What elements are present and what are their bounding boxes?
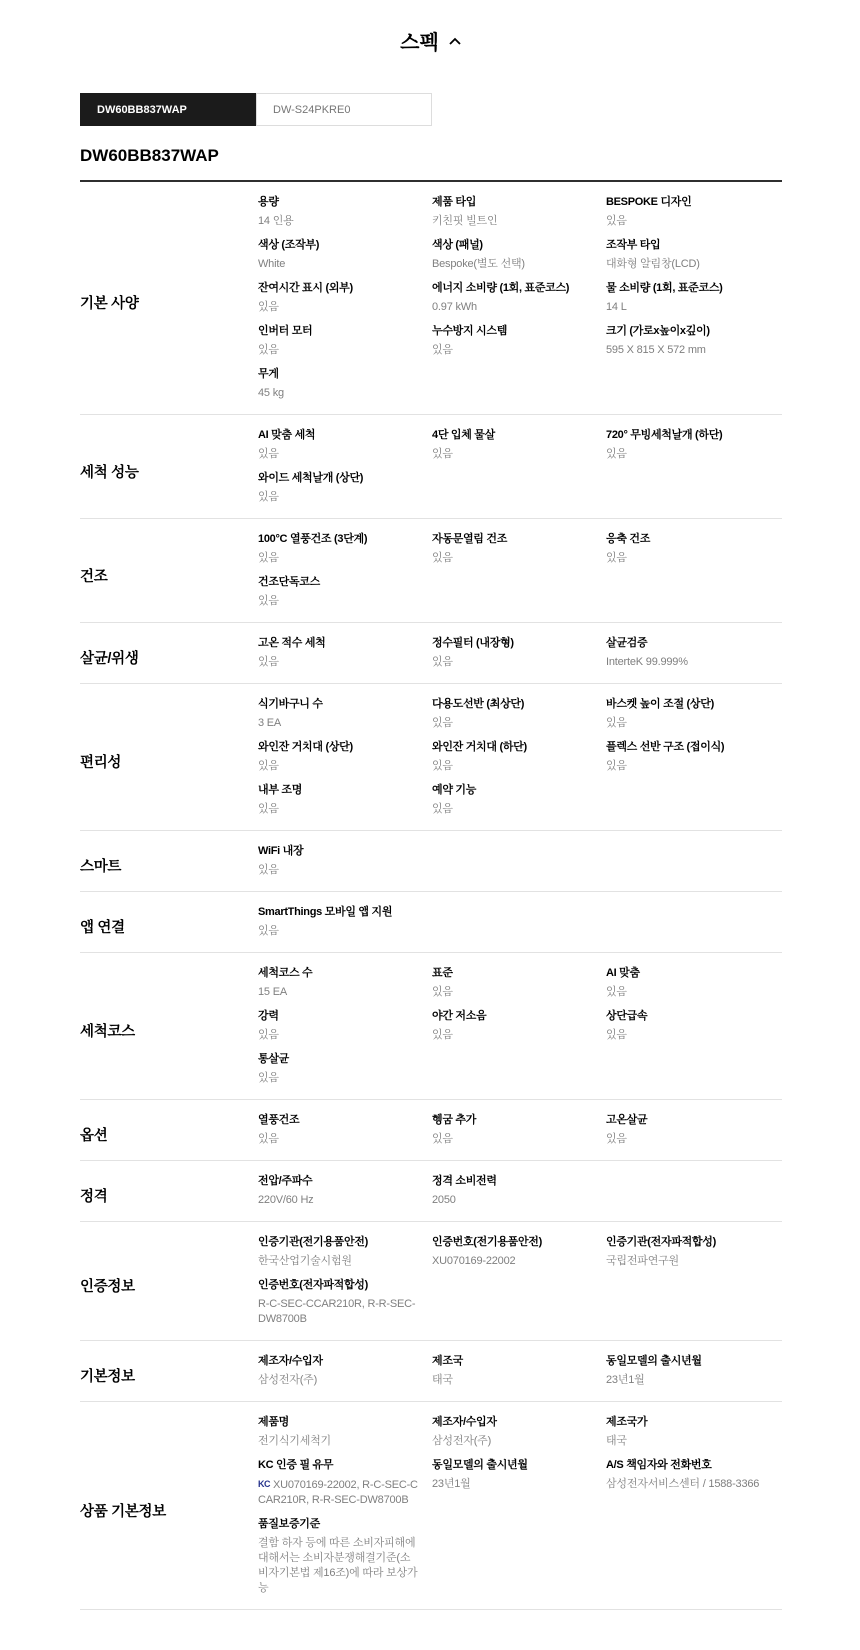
spec-row: 강력있음야간 저소음있음상단급속있음 [258, 1009, 782, 1052]
spec-item-value-text: 23년1월 [606, 1374, 645, 1386]
spec-category-label: 옵션 [80, 1124, 258, 1145]
spec-item-label: A/S 책임자와 전화번호 [606, 1458, 766, 1472]
spec-item-label: 에너지 소비량 (1회, 표준코스) [432, 281, 592, 295]
spec-item-value: 있음 [258, 594, 418, 609]
spec-row: 인증기관(전기용품안전)한국산업기술시험원인증번호(전기용품안전)XU07016… [258, 1235, 782, 1278]
spec-item-value: KCXU070169-22002, R-C-SEC-CCAR210R, R-R-… [258, 1477, 418, 1508]
spec-item-value: 있음 [606, 1028, 766, 1043]
spec-item-value-text: 있음 [258, 864, 279, 876]
spec-rows: 고온 적수 세척있음정수필터 (내장형)있음살균검증InterteK 99.99… [258, 636, 782, 679]
spec-item-value-text: 있음 [258, 925, 279, 937]
spec-item-label: 응축 건조 [606, 532, 766, 546]
spec-item: SmartThings 모바일 앱 지원있음 [258, 905, 432, 939]
spec-item-value: XU070169-22002 [432, 1254, 592, 1269]
spec-item-value-text: 있음 [258, 803, 279, 815]
spec-item-value-text: 0.97 kWh [432, 301, 477, 313]
spec-item-value-text: 있음 [432, 1133, 453, 1145]
spec-item-value-text: 삼성전자서비스센터 / 1588-3366 [606, 1478, 759, 1490]
spec-row: 내부 조명있음예약 기능있음 [258, 783, 782, 826]
spec-rows: 열풍건조있음헹굼 추가있음고온살균있음 [258, 1113, 782, 1156]
spec-item: 색상 (패널)Bespoke(별도 선택) [432, 238, 606, 272]
spec-section: 편리성식기바구니 수3 EA다용도선반 (최상단)있음바스켓 높이 조절 (상단… [80, 684, 782, 831]
tab-model-dw60bb837wap[interactable]: DW60BB837WAP [80, 93, 256, 126]
spec-item: 플렉스 선반 구조 (접이식)있음 [606, 740, 780, 774]
spec-item-value-text: 14 인용 [258, 215, 294, 227]
spec-item: 제품명전기식기세척기 [258, 1415, 432, 1449]
spec-category-label: 인증정보 [80, 1275, 258, 1296]
spec-item-label: 품질보증기준 [258, 1517, 418, 1531]
spec-item: 정격 소비전력2050 [432, 1174, 606, 1208]
spec-item-value-text: 있음 [432, 717, 453, 729]
spec-item-label: 식기바구니 수 [258, 697, 418, 711]
spec-item: 표준있음 [432, 966, 606, 1000]
spec-item: 열풍건조있음 [258, 1113, 432, 1147]
spec-item-value-text: 있음 [432, 760, 453, 772]
spec-item: 물 소비량 (1회, 표준코스)14 L [606, 281, 780, 315]
spec-rows: SmartThings 모바일 앱 지원있음 [258, 905, 782, 948]
spec-item-value-text: 23년1월 [432, 1478, 471, 1490]
spec-item-value: 국립전파연구원 [606, 1254, 766, 1269]
spec-item: 야간 저소음있음 [432, 1009, 606, 1043]
spec-item-value: 있음 [606, 447, 766, 462]
spec-item-label: AI 맞춤 [606, 966, 766, 980]
spec-item: 동일모델의 출시년월23년1월 [432, 1458, 606, 1508]
spec-item: 인버터 모터있음 [258, 324, 432, 358]
spec-item-value-text: 삼성전자(주) [258, 1374, 317, 1386]
spec-item-value: 있음 [432, 1132, 592, 1147]
spec-item-value: 태국 [432, 1373, 592, 1388]
spec-item-value-text: 있음 [258, 656, 279, 668]
spec-item-label: 전압/주파수 [258, 1174, 418, 1188]
spec-item-value: 있음 [432, 716, 592, 731]
spec-item-value: 있음 [606, 985, 766, 1000]
spec-item-label: 인증기관(전자파적합성) [606, 1235, 766, 1249]
spec-item: 인증번호(전자파적합성)R-C-SEC-CCAR210R, R-R-SEC-DW… [258, 1278, 432, 1327]
spec-item-value: 있음 [258, 655, 418, 670]
spec-item-label: 정수필터 (내장형) [432, 636, 592, 650]
spec-item: 동일모델의 출시년월23년1월 [606, 1354, 780, 1388]
spec-rows: 식기바구니 수3 EA다용도선반 (최상단)있음바스켓 높이 조절 (상단)있음… [258, 697, 782, 826]
spec-item-value: 있음 [432, 551, 592, 566]
spec-item-value: 있음 [606, 1132, 766, 1147]
spec-item-value-text: 있음 [432, 344, 453, 356]
spec-item-value-text: 있음 [606, 1029, 627, 1041]
spec-section: 기본정보제조자/수입자삼성전자(주)제조국태국동일모델의 출시년월23년1월 [80, 1341, 782, 1402]
spec-item-label: 상단급속 [606, 1009, 766, 1023]
spec-item: 고온 적수 세척있음 [258, 636, 432, 670]
spec-row: 와인잔 거치대 (상단)있음와인잔 거치대 (하단)있음플렉스 선반 구조 (접… [258, 740, 782, 783]
spec-row: 식기바구니 수3 EA다용도선반 (최상단)있음바스켓 높이 조절 (상단)있음 [258, 697, 782, 740]
spec-item-value: 0.97 kWh [432, 300, 592, 315]
spec-item-label: 인증번호(전자파적합성) [258, 1278, 418, 1292]
spec-item: 무게45 kg [258, 367, 432, 401]
spec-category-label: 정격 [80, 1185, 258, 1206]
spec-row: 용량14 인용제품 타입키친핏 빌트인BESPOKE 디자인있음 [258, 195, 782, 238]
spec-rows: 인증기관(전기용품안전)한국산업기술시험원인증번호(전기용품안전)XU07016… [258, 1235, 782, 1336]
spec-row: SmartThings 모바일 앱 지원있음 [258, 905, 782, 948]
spec-item-value: 있음 [258, 924, 418, 939]
spec-item-value-text: 있음 [258, 344, 279, 356]
spec-item: BESPOKE 디자인있음 [606, 195, 780, 229]
spec-item: 제품 타입키친핏 빌트인 [432, 195, 606, 229]
spec-item-value-text: 14 L [606, 301, 627, 313]
spec-item-label: 제품 타입 [432, 195, 592, 209]
spec-item-label: 건조단독코스 [258, 575, 418, 589]
spec-item-value-text: 태국 [432, 1374, 453, 1386]
spec-row: 건조단독코스있음 [258, 575, 782, 618]
tab-model-dw-s24pkre0[interactable]: DW-S24PKRE0 [256, 93, 432, 126]
spec-item-label: 무게 [258, 367, 418, 381]
spec-row: WiFi 내장있음 [258, 844, 782, 887]
spec-rows: WiFi 내장있음 [258, 844, 782, 887]
spec-item: 품질보증기준결함 하자 등에 따른 소비자피해에 대해서는 소비자분쟁해결기준(… [258, 1517, 432, 1596]
spec-rows: 전압/주파수220V/60 Hz정격 소비전력2050 [258, 1174, 782, 1217]
spec-item-label: 동일모델의 출시년월 [606, 1354, 766, 1368]
spec-item-label: 인증기관(전기용품안전) [258, 1235, 418, 1249]
spec-item-value-text: 전기식기세척기 [258, 1435, 331, 1447]
spec-section: 옵션열풍건조있음헹굼 추가있음고온살균있음 [80, 1100, 782, 1161]
spec-item-value: 있음 [258, 551, 418, 566]
spec-item-value: 14 L [606, 300, 766, 315]
spec-item-value-text: 45 kg [258, 387, 284, 399]
spec-row: 세척코스 수15 EA표준있음AI 맞춤있음 [258, 966, 782, 1009]
spec-item-label: 동일모델의 출시년월 [432, 1458, 592, 1472]
spec-item-value-text: 한국산업기술시험원 [258, 1255, 352, 1267]
spec-item-value-text: 15 EA [258, 986, 287, 998]
model-tabs: DW60BB837WAP DW-S24PKRE0 [80, 93, 782, 126]
spec-item-value-text: 결함 하자 등에 따른 소비자피해에 대해서는 소비자분쟁해결기준(소비자기본법… [258, 1537, 417, 1594]
spec-item: 세척코스 수15 EA [258, 966, 432, 1000]
spec-item: 720° 무빙세척날개 (하단)있음 [606, 428, 780, 462]
spec-item-label: 누수방지 시스템 [432, 324, 592, 338]
spec-rows: 100°C 열풍건조 (3단계)있음자동문열림 건조있음응축 건조있음건조단독코… [258, 532, 782, 618]
spec-rows: 제조자/수입자삼성전자(주)제조국태국동일모델의 출시년월23년1월 [258, 1354, 782, 1397]
spec-item-label: 정격 소비전력 [432, 1174, 592, 1188]
spec-item-label: 통살균 [258, 1052, 418, 1066]
spec-item-label: 와인잔 거치대 (상단) [258, 740, 418, 754]
spec-item-value-text: 있음 [258, 595, 279, 607]
spec-item: 인증번호(전기용품안전)XU070169-22002 [432, 1235, 606, 1269]
spec-item-value: 있음 [606, 716, 766, 731]
spec-item-label: AI 맞춤 세척 [258, 428, 418, 442]
spec-category-label: 앱 연결 [80, 916, 258, 937]
spec-item-value: 삼성전자(주) [432, 1434, 592, 1449]
spec-rows: 용량14 인용제품 타입키친핏 빌트인BESPOKE 디자인있음색상 (조작부)… [258, 195, 782, 410]
spec-section: 건조100°C 열풍건조 (3단계)있음자동문열림 건조있음응축 건조있음건조단… [80, 519, 782, 623]
spec-item: AI 맞춤 세척있음 [258, 428, 432, 462]
spec-item-value-text: 있음 [432, 986, 453, 998]
spec-item-value: 있음 [432, 759, 592, 774]
spec-item-value: 있음 [432, 343, 592, 358]
spec-item: 식기바구니 수3 EA [258, 697, 432, 731]
spec-item-value: 있음 [606, 759, 766, 774]
spec-row: 무게45 kg [258, 367, 782, 410]
spec-category-label: 기본정보 [80, 1365, 258, 1386]
spec-row: 제조자/수입자삼성전자(주)제조국태국동일모델의 출시년월23년1월 [258, 1354, 782, 1397]
spec-item-value: 595 X 815 X 572 mm [606, 343, 766, 358]
spec-section: 인증정보인증기관(전기용품안전)한국산업기술시험원인증번호(전기용품안전)XU0… [80, 1222, 782, 1341]
spec-item-label: 예약 기능 [432, 783, 592, 797]
spec-item-label: 살균검증 [606, 636, 766, 650]
spec-item-value-text: 대화형 알림창(LCD) [606, 258, 700, 270]
spec-item: 상단급속있음 [606, 1009, 780, 1043]
spec-row: KC 인증 필 유무KCXU070169-22002, R-C-SEC-CCAR… [258, 1458, 782, 1517]
spec-item-label: SmartThings 모바일 앱 지원 [258, 905, 418, 919]
spec-category-label: 살균/위생 [80, 647, 258, 668]
spec-item: WiFi 내장있음 [258, 844, 432, 878]
spec-item-value-text: 있음 [432, 803, 453, 815]
spec-item-value-text: 있음 [606, 215, 627, 227]
spec-item-value-text: 있음 [606, 1133, 627, 1145]
spec-item-value-text: 있음 [606, 760, 627, 772]
spec-category-label: 기본 사양 [80, 292, 258, 313]
spec-item-value: 있음 [606, 551, 766, 566]
spec-item-value: 한국산업기술시험원 [258, 1254, 418, 1269]
spec-item-value: White [258, 257, 418, 272]
spec-item: 제조자/수입자삼성전자(주) [432, 1415, 606, 1449]
spec-item-value: 결함 하자 등에 따른 소비자피해에 대해서는 소비자분쟁해결기준(소비자기본법… [258, 1536, 418, 1596]
spec-section: 세척코스세척코스 수15 EA표준있음AI 맞춤있음강력있음야간 저소음있음상단… [80, 953, 782, 1100]
spec-item-value: R-C-SEC-CCAR210R, R-R-SEC-DW8700B [258, 1297, 418, 1327]
kc-certification-icon: KC [258, 1479, 270, 1489]
spec-item-value-text: 2050 [432, 1194, 456, 1206]
spec-item-value-text: XU070169-22002, R-C-SEC-CCAR210R, R-R-SE… [258, 1479, 418, 1506]
spec-item-label: 강력 [258, 1009, 418, 1023]
spec-item-value-text: 삼성전자(주) [432, 1435, 491, 1447]
spec-item-value-text: 있음 [258, 760, 279, 772]
spec-item-value-text: 태국 [606, 1435, 627, 1447]
spec-item-value: 23년1월 [432, 1477, 592, 1492]
spec-item-label: 4단 입체 물살 [432, 428, 592, 442]
spec-item: 제조국태국 [432, 1354, 606, 1388]
spec-item: 응축 건조있음 [606, 532, 780, 566]
spec-item-label: 열풍건조 [258, 1113, 418, 1127]
spec-item: 살균검증InterteK 99.999% [606, 636, 780, 670]
spec-item-label: 고온 적수 세척 [258, 636, 418, 650]
spec-item: 와인잔 거치대 (상단)있음 [258, 740, 432, 774]
spec-item: 인증기관(전기용품안전)한국산업기술시험원 [258, 1235, 432, 1269]
spec-item-value: Bespoke(별도 선택) [432, 257, 592, 272]
spec-item-label: 제조국 [432, 1354, 592, 1368]
spec-item-label: 와이드 세척날개 (상단) [258, 471, 418, 485]
spec-item: 다용도선반 (최상단)있음 [432, 697, 606, 731]
model-heading: DW60BB837WAP [80, 146, 782, 166]
spec-item-value-text: 3 EA [258, 717, 281, 729]
spec-item-label: 색상 (패널) [432, 238, 592, 252]
spec-section: 살균/위생고온 적수 세척있음정수필터 (내장형)있음살균검증InterteK … [80, 623, 782, 684]
spec-item-label: 인버터 모터 [258, 324, 418, 338]
spec-item: 4단 입체 물살있음 [432, 428, 606, 462]
spec-row: 열풍건조있음헹굼 추가있음고온살균있음 [258, 1113, 782, 1156]
spec-row: 제품명전기식기세척기제조자/수입자삼성전자(주)제조국가태국 [258, 1415, 782, 1458]
spec-section: 세척 성능AI 맞춤 세척있음4단 입체 물살있음720° 무빙세척날개 (하단… [80, 415, 782, 519]
spec-item-label: 고온살균 [606, 1113, 766, 1127]
spec-item-label: 바스켓 높이 조절 (상단) [606, 697, 766, 711]
spec-row: 인버터 모터있음누수방지 시스템있음크기 (가로x높이x깊이)595 X 815… [258, 324, 782, 367]
spec-item-label: KC 인증 필 유무 [258, 1458, 418, 1472]
spec-item: A/S 책임자와 전화번호삼성전자서비스센터 / 1588-3366 [606, 1458, 780, 1508]
spec-item: 강력있음 [258, 1009, 432, 1043]
spec-item-value: 있음 [432, 1028, 592, 1043]
spec-row: 색상 (조작부)White색상 (패널)Bespoke(별도 선택)조작부 타입… [258, 238, 782, 281]
spec-item-value: 키친핏 빌트인 [432, 214, 592, 229]
spec-item-label: 잔여시간 표시 (외부) [258, 281, 418, 295]
spec-item-value-text: 있음 [432, 552, 453, 564]
spec-item-value-text: 있음 [606, 986, 627, 998]
spec-item-value-text: 국립전파연구원 [606, 1255, 679, 1267]
spec-row: 인증번호(전자파적합성)R-C-SEC-CCAR210R, R-R-SEC-DW… [258, 1278, 782, 1336]
spec-item-label: 플렉스 선반 구조 (접이식) [606, 740, 766, 754]
spec-item-value-text: 있음 [258, 301, 279, 313]
spec-item-label: 색상 (조작부) [258, 238, 418, 252]
spec-item-value-text: R-C-SEC-CCAR210R, R-R-SEC-DW8700B [258, 1298, 415, 1325]
spec-item-label: 제조자/수입자 [432, 1415, 592, 1429]
spec-section: 스마트WiFi 내장있음 [80, 831, 782, 892]
spec-row: 와이드 세척날개 (상단)있음 [258, 471, 782, 514]
spec-item: 내부 조명있음 [258, 783, 432, 817]
spec-item: 인증기관(전자파적합성)국립전파연구원 [606, 1235, 780, 1269]
spec-item: 에너지 소비량 (1회, 표준코스)0.97 kWh [432, 281, 606, 315]
spec-item-value: 23년1월 [606, 1373, 766, 1388]
spec-row: 고온 적수 세척있음정수필터 (내장형)있음살균검증InterteK 99.99… [258, 636, 782, 679]
spec-item: 잔여시간 표시 (외부)있음 [258, 281, 432, 315]
spec-item-label: 물 소비량 (1회, 표준코스) [606, 281, 766, 295]
spec-item-label: 야간 저소음 [432, 1009, 592, 1023]
spec-item-value: 14 인용 [258, 214, 418, 229]
spec-item-value: 있음 [258, 759, 418, 774]
spec-section: 정격전압/주파수220V/60 Hz정격 소비전력2050 [80, 1161, 782, 1222]
spec-item: 조작부 타입대화형 알림창(LCD) [606, 238, 780, 272]
spec-category-label: 상품 기본정보 [80, 1500, 258, 1521]
spec-item: 제조자/수입자삼성전자(주) [258, 1354, 432, 1388]
spec-item-value: 전기식기세척기 [258, 1434, 418, 1449]
spec-row: 품질보증기준결함 하자 등에 따른 소비자피해에 대해서는 소비자분쟁해결기준(… [258, 1517, 782, 1605]
spec-category-label: 편리성 [80, 751, 258, 772]
spec-item-label: WiFi 내장 [258, 844, 418, 858]
spec-item-value: 대화형 알림창(LCD) [606, 257, 766, 272]
spec-section: 앱 연결SmartThings 모바일 앱 지원있음 [80, 892, 782, 953]
spec-item-value-text: 있음 [258, 491, 279, 503]
spec-section: 기본 사양용량14 인용제품 타입키친핏 빌트인BESPOKE 디자인있음색상 … [80, 182, 782, 415]
spec-item: AI 맞춤있음 [606, 966, 780, 1000]
spec-item-value: 삼성전자(주) [258, 1373, 418, 1388]
spec-item-value: 있음 [258, 343, 418, 358]
spec-item: 예약 기능있음 [432, 783, 606, 817]
spec-item-value-text: 있음 [432, 1029, 453, 1041]
spec-item-value-text: 키친핏 빌트인 [432, 215, 497, 227]
spec-item-label: 제품명 [258, 1415, 418, 1429]
spec-category-label: 세척 성능 [80, 461, 258, 482]
spec-item-value: 45 kg [258, 386, 418, 401]
spec-item-value: 있음 [432, 802, 592, 817]
spec-item-value: 삼성전자서비스센터 / 1588-3366 [606, 1477, 766, 1492]
spec-item-value: 15 EA [258, 985, 418, 1000]
spec-item-value-text: 595 X 815 X 572 mm [606, 344, 706, 356]
spec-item: 전압/주파수220V/60 Hz [258, 1174, 432, 1208]
spec-item-value: 220V/60 Hz [258, 1193, 418, 1208]
spec-item-value-text: InterteK 99.999% [606, 656, 688, 668]
spec-rows: 세척코스 수15 EA표준있음AI 맞춤있음강력있음야간 저소음있음상단급속있음… [258, 966, 782, 1095]
chevron-up-icon [448, 29, 462, 52]
spec-item-value-text: 220V/60 Hz [258, 1194, 313, 1206]
spec-row: 잔여시간 표시 (외부)있음에너지 소비량 (1회, 표준코스)0.97 kWh… [258, 281, 782, 324]
spec-item-value: 있음 [258, 802, 418, 817]
spec-item: 자동문열림 건조있음 [432, 532, 606, 566]
spec-item-value-text: 있음 [258, 1133, 279, 1145]
spec-item-value: 있음 [258, 300, 418, 315]
spec-item-label: 조작부 타입 [606, 238, 766, 252]
spec-item: 통살균있음 [258, 1052, 432, 1086]
spec-item-label: 헹굼 추가 [432, 1113, 592, 1127]
spec-item: 색상 (조작부)White [258, 238, 432, 272]
spec-rows: 제품명전기식기세척기제조자/수입자삼성전자(주)제조국가태국KC 인증 필 유무… [258, 1415, 782, 1605]
spec-item-value: 있음 [606, 214, 766, 229]
spec-section: 상품 기본정보제품명전기식기세척기제조자/수입자삼성전자(주)제조국가태국KC … [80, 1402, 782, 1610]
spec-item-value-text: XU070169-22002 [432, 1255, 515, 1267]
spec-item-value: 있음 [258, 1071, 418, 1086]
spec-item-value-text: 있음 [606, 717, 627, 729]
spec-rows: AI 맞춤 세척있음4단 입체 물살있음720° 무빙세척날개 (하단)있음와이… [258, 428, 782, 514]
spec-item-value-text: 있음 [258, 448, 279, 460]
spec-item-label: 와인잔 거치대 (하단) [432, 740, 592, 754]
spec-item: 100°C 열풍건조 (3단계)있음 [258, 532, 432, 566]
spec-item-label: 세척코스 수 [258, 966, 418, 980]
spec-item: 와이드 세척날개 (상단)있음 [258, 471, 432, 505]
spec-item-label: 내부 조명 [258, 783, 418, 797]
spec-item: KC 인증 필 유무KCXU070169-22002, R-C-SEC-CCAR… [258, 1458, 432, 1508]
spec-item-value: 3 EA [258, 716, 418, 731]
spec-item: 바스켓 높이 조절 (상단)있음 [606, 697, 780, 731]
spec-item-value: 있음 [258, 1028, 418, 1043]
spec-item-value: 있음 [258, 863, 418, 878]
spec-item: 제조국가태국 [606, 1415, 780, 1449]
spec-item-value-text: 있음 [432, 656, 453, 668]
spec-item-label: 다용도선반 (최상단) [432, 697, 592, 711]
spec-item-value-text: White [258, 258, 285, 270]
spec-item: 헹굼 추가있음 [432, 1113, 606, 1147]
spec-item-value: InterteK 99.999% [606, 655, 766, 670]
spec-item-value-text: 있음 [606, 448, 627, 460]
spec-item-value-text: Bespoke(별도 선택) [432, 258, 525, 270]
spec-item-value: 있음 [432, 447, 592, 462]
spec-category-label: 세척코스 [80, 1020, 258, 1041]
spec-item-label: 제조국가 [606, 1415, 766, 1429]
spec-title-text: 스펙 [400, 26, 439, 55]
spec-section-title[interactable]: 스펙 [80, 26, 782, 55]
spec-item: 용량14 인용 [258, 195, 432, 229]
spec-item-label: 용량 [258, 195, 418, 209]
spec-item: 누수방지 시스템있음 [432, 324, 606, 358]
spec-item-label: 720° 무빙세척날개 (하단) [606, 428, 766, 442]
spec-item-value-text: 있음 [606, 552, 627, 564]
spec-item: 건조단독코스있음 [258, 575, 432, 609]
spec-item-value-text: 있음 [258, 1029, 279, 1041]
spec-item: 정수필터 (내장형)있음 [432, 636, 606, 670]
spec-item-value: 있음 [258, 447, 418, 462]
spec-item-label: 표준 [432, 966, 592, 980]
spec-row: 100°C 열풍건조 (3단계)있음자동문열림 건조있음응축 건조있음 [258, 532, 782, 575]
spec-item: 크기 (가로x높이x깊이)595 X 815 X 572 mm [606, 324, 780, 358]
spec-table: 기본 사양용량14 인용제품 타입키친핏 빌트인BESPOKE 디자인있음색상 … [80, 180, 782, 1610]
spec-item: 고온살균있음 [606, 1113, 780, 1147]
spec-row: 통살균있음 [258, 1052, 782, 1095]
spec-row: AI 맞춤 세척있음4단 입체 물살있음720° 무빙세척날개 (하단)있음 [258, 428, 782, 471]
spec-item-label: 제조자/수입자 [258, 1354, 418, 1368]
spec-item: 와인잔 거치대 (하단)있음 [432, 740, 606, 774]
spec-item-value-text: 있음 [432, 448, 453, 460]
spec-item-label: 인증번호(전기용품안전) [432, 1235, 592, 1249]
spec-item-value: 있음 [258, 1132, 418, 1147]
